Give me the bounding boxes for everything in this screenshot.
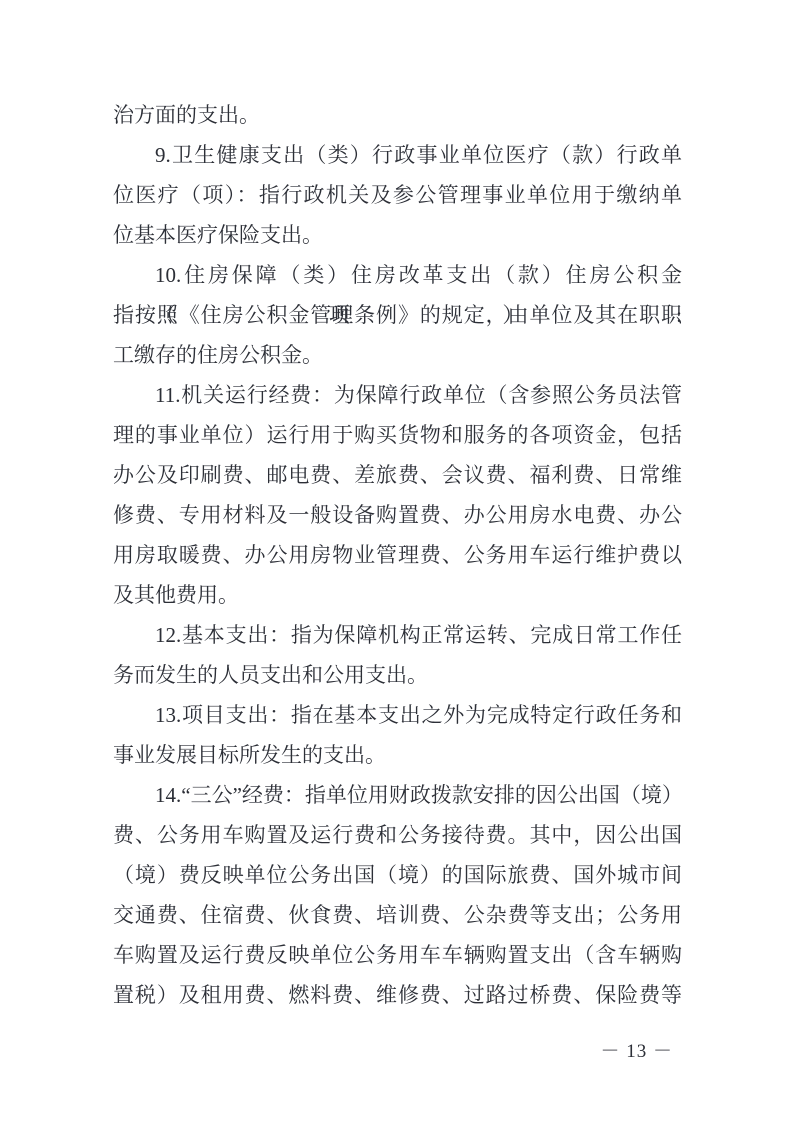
text-line: 修费、专用材料及一般设备购置费、办公用房水电费、办公 bbox=[113, 495, 682, 535]
text-line: 车购置及运行费反映单位公务用车车辆购置支出（含车辆购 bbox=[113, 935, 682, 975]
document-body: 治方面的支出。9.卫生健康支出（类）行政事业单位医疗（款）行政单位医疗（项）：指… bbox=[113, 95, 682, 1015]
text-line: 位基本医疗保险支出。 bbox=[113, 215, 682, 255]
text-line: 工缴存的住房公积金。 bbox=[113, 335, 682, 375]
text-line: 置税）及租用费、燃料费、维修费、过路过桥费、保险费等 bbox=[113, 975, 682, 1015]
text-line: 指按照《住房公积金管理条例》的规定，由单位及其在职职 bbox=[113, 295, 682, 335]
page-number: － 13 － bbox=[600, 1038, 673, 1066]
text-line: 12.基本支出：指为保障机构正常运转、完成日常工作任 bbox=[113, 615, 682, 655]
text-line: 10.住房保障（类）住房改革支出（款）住房公积金（项）: bbox=[113, 255, 682, 295]
paragraph: 14.“三公”经费：指单位用财政拨款安排的因公出国（境）费、公务用车购置及运行费… bbox=[113, 775, 682, 1015]
paragraph: 13.项目支出：指在基本支出之外为完成特定行政任务和事业发展目标所发生的支出。 bbox=[113, 695, 682, 775]
text-line: 13.项目支出：指在基本支出之外为完成特定行政任务和 bbox=[113, 695, 682, 735]
text-line: 位医疗（项）：指行政机关及参公管理事业单位用于缴纳单 bbox=[113, 175, 682, 215]
text-line: 理的事业单位）运行用于购买货物和服务的各项资金，包括 bbox=[113, 415, 682, 455]
text-line: 及其他费用。 bbox=[113, 575, 682, 615]
paragraph: 9.卫生健康支出（类）行政事业单位医疗（款）行政单位医疗（项）：指行政机关及参公… bbox=[113, 135, 682, 255]
paragraph: 12.基本支出：指为保障机构正常运转、完成日常工作任务而发生的人员支出和公用支出… bbox=[113, 615, 682, 695]
text-line: 用房取暖费、办公用房物业管理费、公务用车运行维护费以 bbox=[113, 535, 682, 575]
text-line: 14.“三公”经费：指单位用财政拨款安排的因公出国（境） bbox=[113, 775, 682, 815]
text-line: （境）费反映单位公务出国（境）的国际旅费、国外城市间 bbox=[113, 855, 682, 895]
document-page: 治方面的支出。9.卫生健康支出（类）行政事业单位医疗（款）行政单位医疗（项）：指… bbox=[0, 0, 793, 1122]
text-line: 费、公务用车购置及运行费和公务接待费。其中，因公出国 bbox=[113, 815, 682, 855]
paragraph: 10.住房保障（类）住房改革支出（款）住房公积金（项）:指按照《住房公积金管理条… bbox=[113, 255, 682, 375]
text-line: 务而发生的人员支出和公用支出。 bbox=[113, 655, 682, 695]
text-line: 治方面的支出。 bbox=[113, 95, 682, 135]
text-line: 交通费、住宿费、伙食费、培训费、公杂费等支出；公务用 bbox=[113, 895, 682, 935]
text-line: 事业发展目标所发生的支出。 bbox=[113, 735, 682, 775]
text-line: 11.机关运行经费：为保障行政单位（含参照公务员法管 bbox=[113, 375, 682, 415]
paragraph: 11.机关运行经费：为保障行政单位（含参照公务员法管理的事业单位）运行用于购买货… bbox=[113, 375, 682, 615]
text-line: 办公及印刷费、邮电费、差旅费、会议费、福利费、日常维 bbox=[113, 455, 682, 495]
text-line: 9.卫生健康支出（类）行政事业单位医疗（款）行政单 bbox=[113, 135, 682, 175]
paragraph: 治方面的支出。 bbox=[113, 95, 682, 135]
